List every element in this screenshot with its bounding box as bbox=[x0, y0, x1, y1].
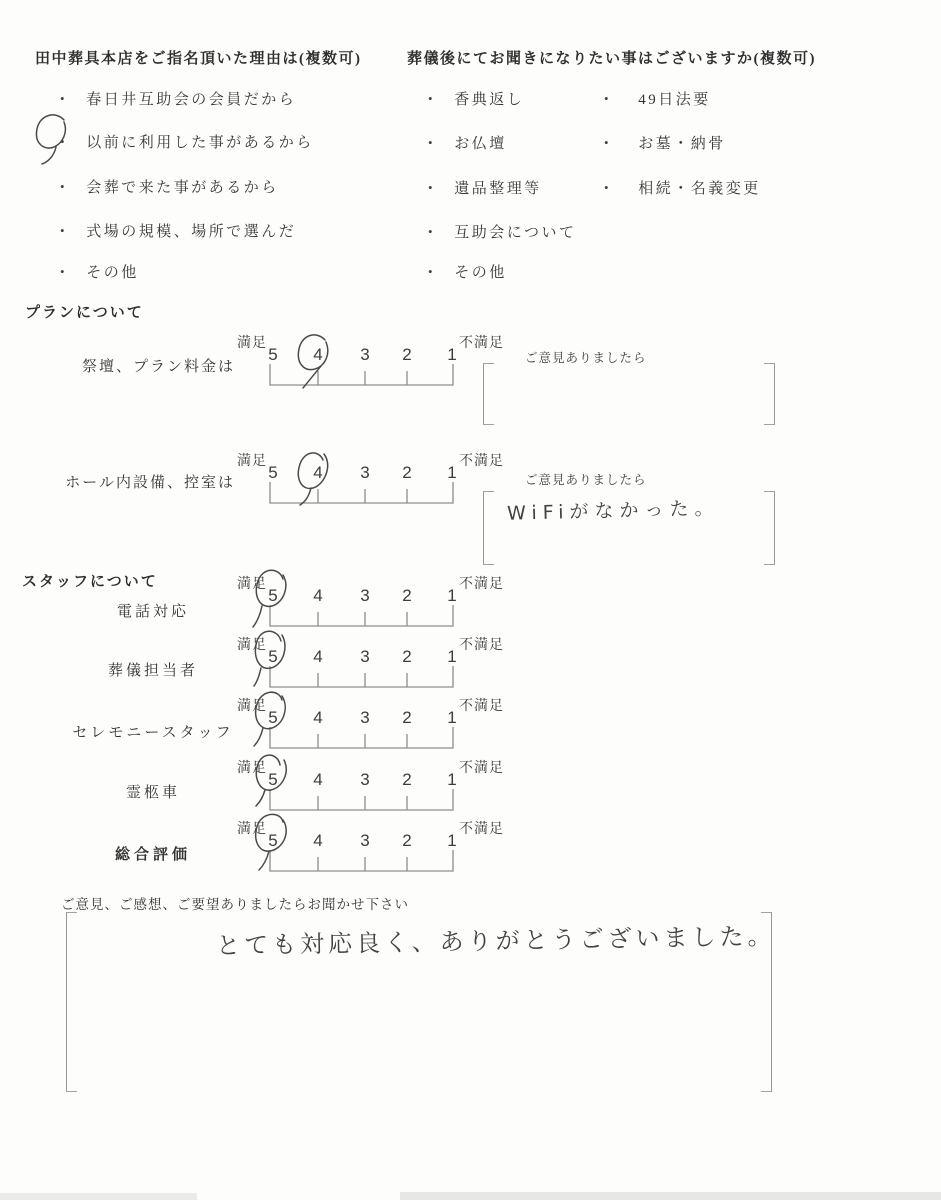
bullet-icon: • bbox=[428, 91, 448, 107]
scale-number: 5 bbox=[260, 345, 286, 365]
scale-number: 3 bbox=[352, 831, 378, 851]
scale-number: 4 bbox=[305, 831, 331, 851]
scale-dissatisfied-label: 不満足 bbox=[459, 634, 504, 654]
topic-label: 相続・名義変更 bbox=[638, 181, 761, 197]
list-item: • 会葬で来た事があるから bbox=[60, 176, 279, 197]
bullet-icon: • bbox=[60, 179, 80, 195]
comment-box-plan-2: WiFiがなかった。 bbox=[483, 491, 775, 565]
scale-dissatisfied-label: 不満足 bbox=[459, 332, 504, 352]
scale-number: 1 bbox=[439, 708, 465, 728]
scale-number: 5 bbox=[260, 770, 286, 790]
scale-number: 2 bbox=[394, 831, 420, 851]
list-item: • 以前に利用した事があるから bbox=[60, 131, 314, 152]
scale-number: 4 bbox=[305, 463, 331, 483]
scale-number: 2 bbox=[394, 463, 420, 483]
topic-label: お仏壇 bbox=[454, 136, 507, 152]
scale-number: 2 bbox=[394, 770, 420, 790]
handwritten-overall-comment: とても対応良く、ありがとうございました。 bbox=[216, 916, 776, 961]
topic-label: 遺品整理等 bbox=[454, 181, 542, 197]
choice-circle-mark bbox=[30, 112, 78, 168]
list-item: • お仏壇 bbox=[428, 132, 507, 153]
rating-scale-ruler bbox=[237, 849, 463, 873]
scale-number: 3 bbox=[352, 463, 378, 483]
followup-title: 葬儀後にてお聞きになりたい事はございますか(複数可) bbox=[407, 47, 816, 68]
overall-comment-box: とても対応良く、ありがとうございました。 bbox=[66, 912, 772, 1092]
scale-number: 3 bbox=[352, 770, 378, 790]
bullet-icon: • bbox=[60, 264, 80, 280]
rating-scale-staff-5: 満足 不満足 5 4 3 2 1 bbox=[237, 818, 517, 876]
scale-number: 3 bbox=[352, 708, 378, 728]
scale-number: 2 bbox=[394, 708, 420, 728]
handwritten-comment: WiFiがなかった。 bbox=[507, 493, 720, 526]
list-item: • 遺品整理等 bbox=[428, 177, 542, 198]
scale-number: 3 bbox=[352, 345, 378, 365]
comment-box-label: ご意見ありましたら bbox=[525, 470, 647, 488]
reason-label: 会葬で来た事があるから bbox=[86, 180, 279, 196]
rating-scale-staff-4: 満足 不満足 5 4 3 2 1 bbox=[237, 757, 517, 815]
scale-dissatisfied-label: 不満足 bbox=[459, 818, 504, 838]
scale-number: 1 bbox=[439, 647, 465, 667]
rating-scale-plan-2: 満足 不満足 5 4 3 2 1 bbox=[237, 450, 517, 508]
bullet-icon: • bbox=[60, 223, 80, 239]
bullet-icon: • bbox=[428, 264, 448, 280]
scale-dissatisfied-label: 不満足 bbox=[459, 695, 504, 715]
rating-scale-staff-2: 満足 不満足 5 4 3 2 1 bbox=[237, 634, 517, 692]
reason-label: 式場の規模、場所で選んだ bbox=[86, 224, 296, 240]
rating-scale-ruler bbox=[237, 481, 463, 505]
reason-label: 春日井互助会の会員だから bbox=[86, 92, 296, 108]
rating-scale-staff-1: 満足 不満足 5 4 3 2 1 bbox=[237, 573, 517, 631]
scale-number: 5 bbox=[260, 708, 286, 728]
overall-comment-label: ご意見、ご感想、ご要望ありましたらお聞かせ下さい bbox=[61, 893, 409, 913]
list-item: • その他 bbox=[60, 261, 139, 282]
scale-number: 4 bbox=[305, 770, 331, 790]
scale-number: 4 bbox=[305, 586, 331, 606]
scan-edge-artifact bbox=[0, 1193, 197, 1200]
reasons-title: 田中葬具本店をご指名頂いた理由は(複数可) bbox=[35, 47, 362, 68]
scale-number: 1 bbox=[439, 831, 465, 851]
scanned-survey-page: { "reasons": { "title": "田中葬具本店をご指名頂いた理由… bbox=[0, 0, 941, 1200]
scale-number: 1 bbox=[439, 770, 465, 790]
comment-box-plan-1 bbox=[483, 363, 775, 425]
topic-label: 香典返し bbox=[454, 92, 524, 108]
scale-number: 1 bbox=[439, 463, 465, 483]
topic-label: お墓・納骨 bbox=[638, 136, 726, 152]
reason-label: その他 bbox=[86, 265, 139, 281]
scale-dissatisfied-label: 不満足 bbox=[459, 573, 504, 593]
list-item: • 互助会について bbox=[428, 221, 576, 242]
scale-number: 2 bbox=[394, 345, 420, 365]
bullet-icon: • bbox=[604, 135, 632, 151]
rating-scale-plan-1: 満足 不満足 5 4 3 2 1 bbox=[237, 332, 517, 390]
bullet-icon: • bbox=[428, 224, 448, 240]
scale-number: 5 bbox=[260, 586, 286, 606]
scale-number: 1 bbox=[439, 586, 465, 606]
list-item: • 式場の規模、場所で選んだ bbox=[60, 220, 296, 241]
scale-number: 2 bbox=[394, 586, 420, 606]
list-item: • 香典返し bbox=[428, 88, 524, 109]
plan-heading: プランについて bbox=[25, 301, 144, 322]
scale-number: 5 bbox=[260, 463, 286, 483]
bullet-icon: • bbox=[604, 180, 632, 196]
scale-dissatisfied-label: 不満足 bbox=[459, 757, 504, 777]
scale-number: 4 bbox=[305, 345, 331, 365]
scale-number: 3 bbox=[352, 647, 378, 667]
list-item: • お墓・納骨 bbox=[604, 132, 726, 153]
scale-number: 4 bbox=[305, 708, 331, 728]
rating-scale-ruler bbox=[237, 726, 463, 750]
bullet-icon: • bbox=[60, 91, 80, 107]
scale-number: 2 bbox=[394, 647, 420, 667]
list-item: • 春日井互助会の会員だから bbox=[60, 88, 296, 109]
scale-dissatisfied-label: 不満足 bbox=[459, 450, 504, 470]
reason-label: 以前に利用した事があるから bbox=[86, 135, 314, 151]
scale-number: 5 bbox=[260, 831, 286, 851]
rating-scale-ruler bbox=[237, 604, 463, 628]
list-item: • 相続・名義変更 bbox=[604, 177, 761, 198]
plan-row-label: 祭壇、プラン料金は bbox=[40, 355, 235, 376]
rating-scale-ruler bbox=[237, 788, 463, 812]
bullet-icon: • bbox=[604, 91, 632, 107]
rating-scale-ruler bbox=[237, 665, 463, 689]
bullet-icon: • bbox=[428, 180, 448, 196]
rating-scale-ruler bbox=[237, 363, 463, 387]
staff-heading: スタッフについて bbox=[22, 570, 158, 591]
plan-row-label: ホール内設備、控室は bbox=[40, 471, 235, 492]
topic-label: 49日法要 bbox=[638, 92, 711, 108]
scale-number: 4 bbox=[305, 647, 331, 667]
topic-label: その他 bbox=[454, 265, 507, 281]
rating-scale-staff-3: 満足 不満足 5 4 3 2 1 bbox=[237, 695, 517, 753]
list-item: • 49日法要 bbox=[604, 88, 711, 109]
list-item: • その他 bbox=[428, 261, 507, 282]
topic-label: 互助会について bbox=[454, 225, 576, 241]
bullet-icon: • bbox=[428, 135, 448, 151]
scale-number: 1 bbox=[439, 345, 465, 365]
scale-number: 5 bbox=[260, 647, 286, 667]
scale-number: 3 bbox=[352, 586, 378, 606]
scan-edge-artifact bbox=[400, 1192, 941, 1200]
